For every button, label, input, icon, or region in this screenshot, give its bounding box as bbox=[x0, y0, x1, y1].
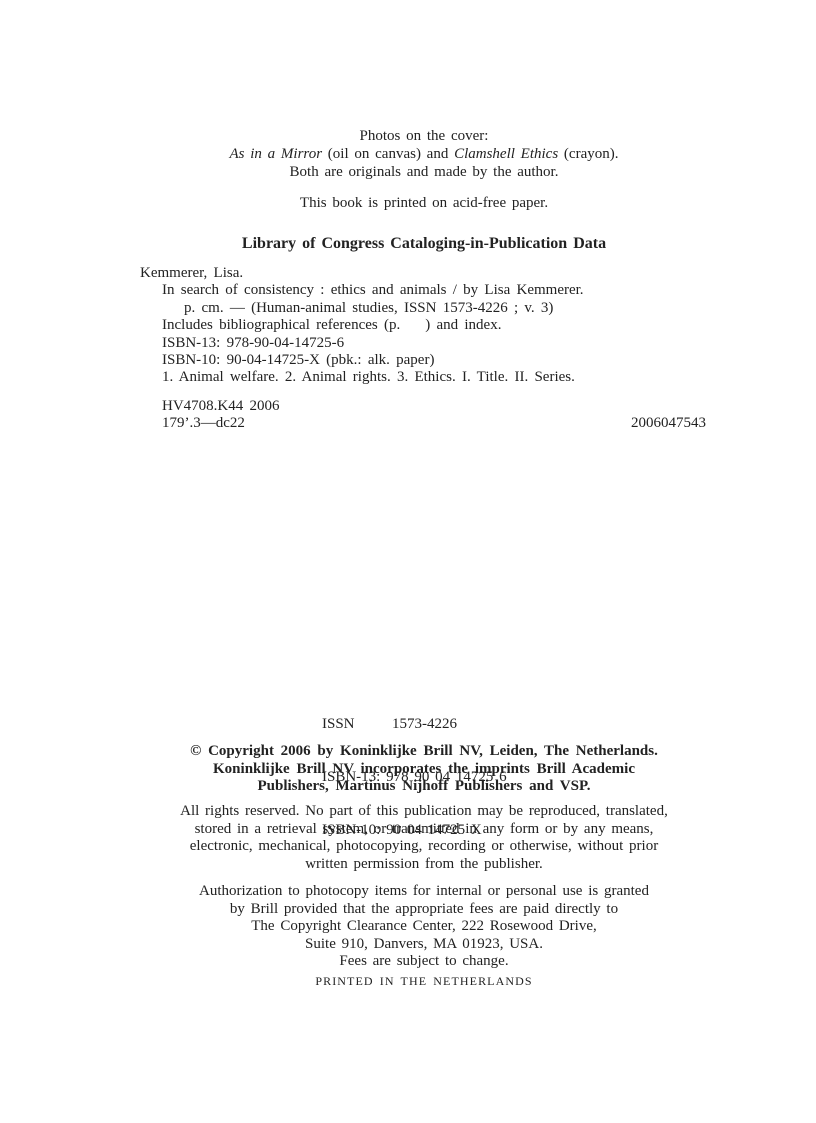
call-number: HV4708.K44 2006 bbox=[140, 398, 706, 415]
photocopy-authorization: Authorization to photocopy items for int… bbox=[124, 883, 724, 971]
rights-line: All rights reserved. No part of this pub… bbox=[124, 803, 724, 821]
cover-note-text: (oil on canvas) and bbox=[322, 146, 454, 162]
cip-line-title: In search of consistency : ethics and an… bbox=[140, 282, 706, 299]
copyright-line: © Copyright 2006 by Koninklijke Brill NV… bbox=[124, 743, 724, 761]
issn-label: ISSN bbox=[322, 716, 392, 734]
cover-note-text: (crayon). bbox=[558, 146, 618, 162]
photocopy-line: The Copyright Clearance Center, 222 Rose… bbox=[124, 918, 724, 936]
rights-line: written permission from the publisher. bbox=[124, 856, 724, 874]
cover-photos-note: Photos on the cover: As in a Mirror (oil… bbox=[124, 127, 724, 181]
classification-block: HV4708.K44 2006 179’.3—dc22 2006047543 bbox=[140, 398, 706, 433]
copyright-page: Photos on the cover: As in a Mirror (oil… bbox=[0, 0, 816, 1123]
printed-in-text: PRINTED IN THE NETHERLANDS bbox=[124, 974, 724, 989]
issn-value: 1573-4226 bbox=[392, 716, 457, 732]
cip-line-isbn10: ISBN-10: 90-04-14725-X (pbk.: alk. paper… bbox=[140, 352, 706, 369]
rights-line: electronic, mechanical, photocopying, re… bbox=[124, 838, 724, 856]
copyright-line: Publishers, Martinus Nijhoff Publishers … bbox=[124, 778, 724, 796]
cip-line-references: Includes bibliographical references (p. … bbox=[140, 317, 706, 334]
issn-row: ISSN1573-4226 bbox=[322, 716, 507, 734]
dewey-decimal: 179’.3—dc22 bbox=[140, 415, 245, 432]
printed-in-colophon: PRINTED IN THE NETHERLANDS bbox=[124, 974, 724, 989]
photocopy-line: Suite 910, Danvers, MA 01923, USA. bbox=[124, 936, 724, 954]
cip-line-series: p. cm. — (Human-animal studies, ISSN 157… bbox=[140, 300, 706, 317]
photocopy-line: by Brill provided that the appropriate f… bbox=[124, 901, 724, 919]
photocopy-line: Fees are subject to change. bbox=[124, 953, 724, 971]
rights-line: stored in a retrieval system, or transmi… bbox=[124, 821, 724, 839]
loc-cip-heading: Library of Congress Cataloging-in-Public… bbox=[124, 234, 724, 253]
artwork-title: As in a Mirror bbox=[230, 146, 323, 162]
acid-free-note: This book is printed on acid-free paper. bbox=[124, 194, 724, 212]
copyright-notice: © Copyright 2006 by Koninklijke Brill NV… bbox=[124, 743, 724, 796]
cover-note-line: Photos on the cover: bbox=[124, 127, 724, 145]
cip-line-isbn13: ISBN-13: 978-90-04-14725-6 bbox=[140, 335, 706, 352]
rights-statement: All rights reserved. No part of this pub… bbox=[124, 803, 724, 874]
cip-line-subjects: 1. Animal welfare. 2. Animal rights. 3. … bbox=[140, 369, 706, 386]
lccn-number: 2006047543 bbox=[631, 415, 706, 432]
photocopy-line: Authorization to photocopy items for int… bbox=[124, 883, 724, 901]
cip-line-author: Kemmerer, Lisa. bbox=[140, 265, 706, 282]
artwork-title: Clamshell Ethics bbox=[454, 146, 558, 162]
cover-note-line: As in a Mirror (oil on canvas) and Clams… bbox=[124, 145, 724, 163]
cip-entry: Kemmerer, Lisa. In search of consistency… bbox=[140, 265, 706, 387]
copyright-line: Koninklijke Brill NV incorporates the im… bbox=[124, 761, 724, 779]
cover-note-line: Both are originals and made by the autho… bbox=[124, 163, 724, 181]
acid-free-line: This book is printed on acid-free paper. bbox=[124, 194, 724, 212]
loc-cip-heading-text: Library of Congress Cataloging-in-Public… bbox=[124, 234, 724, 253]
